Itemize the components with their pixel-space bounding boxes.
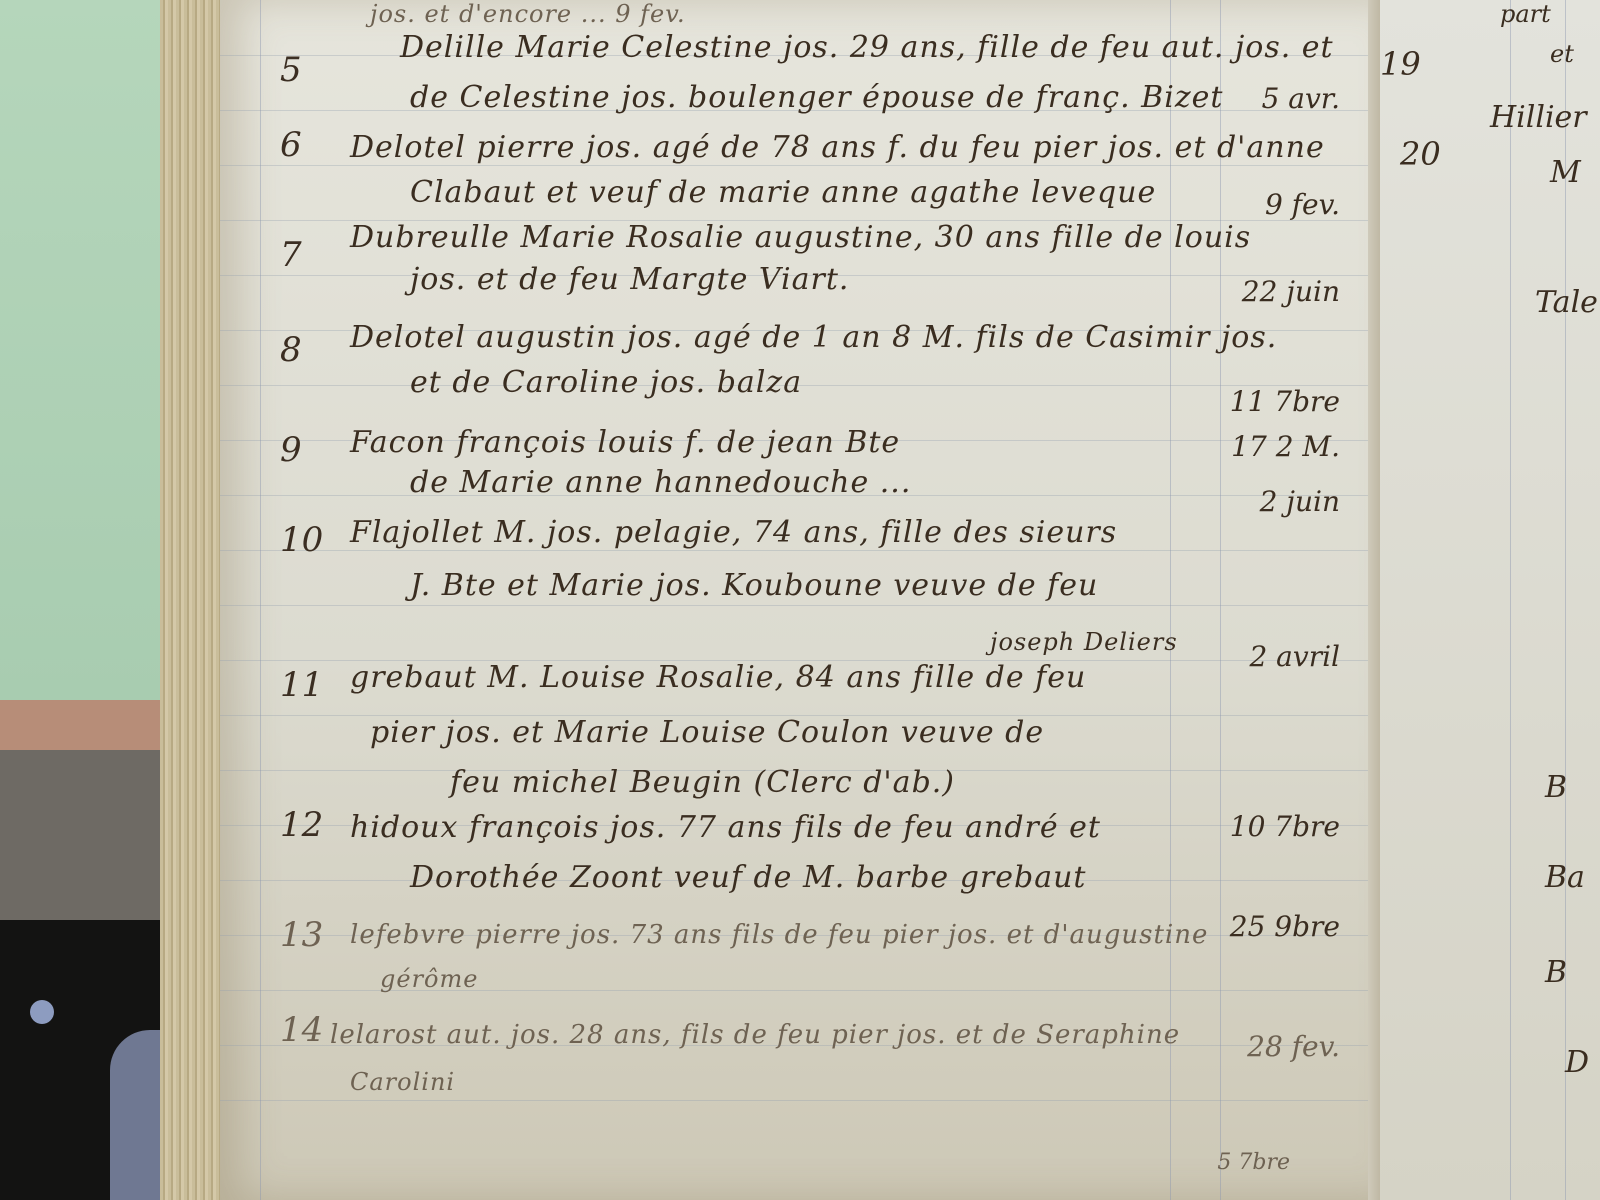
entry-line: lefebvre pierre jos. 73 ans fils de feu …	[350, 920, 1208, 950]
entry-line: grebaut M. Louise Rosalie, 84 ans fille …	[350, 660, 1086, 695]
ruled-line	[220, 165, 1380, 166]
entry-line: de Marie anne hannedouche ...	[410, 465, 911, 500]
entry-date: 17 2 M.	[1231, 430, 1340, 463]
right-fragment: M	[1550, 155, 1581, 190]
entry-number: 14	[280, 1010, 323, 1050]
entry-date: 25 9bre	[1230, 910, 1340, 943]
right-fragment: D	[1565, 1045, 1589, 1080]
entry-line: Dubreulle Marie Rosalie augustine, 30 an…	[350, 220, 1251, 255]
entry-line: gérôme	[380, 965, 478, 993]
background-board	[0, 750, 175, 920]
entry-date: 2 avril	[1249, 640, 1340, 673]
ruled-line	[220, 1100, 1380, 1101]
entry-number: 6	[280, 125, 302, 165]
entry-date: 10 7bre	[1230, 810, 1340, 843]
column-line	[1510, 0, 1511, 1200]
entry-line: pier jos. et Marie Louise Coulon veuve d…	[370, 715, 1044, 750]
entry-number: 8	[280, 330, 302, 370]
header-partial-line: jos. et d'encore ... 9 fev.	[370, 0, 686, 28]
right-entry-number: 19	[1380, 45, 1421, 83]
entry-line: Dorothée Zoont veuf de M. barbe grebaut	[410, 860, 1086, 895]
entry-line: hidoux françois jos. 77 ans fils de feu …	[350, 810, 1101, 845]
entry-line: Delotel augustin jos. agé de 1 an 8 M. f…	[350, 320, 1277, 355]
ruled-line	[220, 550, 1380, 551]
entry-number: 7	[280, 235, 302, 275]
register-page-left: jos. et d'encore ... 9 fev. 5 Delille Ma…	[220, 0, 1380, 1200]
entry-line: J. Bte et Marie jos. Kouboune veuve de f…	[410, 568, 1098, 603]
right-fragment: part	[1500, 0, 1551, 28]
entry-date: 22 juin	[1242, 275, 1340, 308]
right-fragment: B	[1545, 955, 1567, 990]
entry-number: 13	[280, 915, 323, 955]
entry-line: Clabaut et veuf de marie anne agathe lev…	[410, 175, 1156, 210]
right-fragment: Tale	[1535, 285, 1598, 320]
entry-line: Carolini	[350, 1068, 455, 1096]
footer-date: 5 7bre	[1217, 1150, 1290, 1175]
right-fragment: Ba	[1545, 860, 1585, 895]
entry-line: feu michel Beugin (Clerc d'ab.)	[450, 765, 955, 800]
entry-line: joseph Deliers	[990, 628, 1178, 656]
entry-line: de Celestine jos. boulenger épouse de fr…	[410, 80, 1223, 115]
entry-line: jos. et de feu Margte Viart.	[410, 262, 849, 297]
background-light-reflection	[30, 1000, 54, 1024]
column-line	[1220, 0, 1221, 1200]
entry-date: 2 juin	[1260, 485, 1340, 518]
entry-number: 9	[280, 430, 302, 470]
ruled-line	[220, 605, 1380, 606]
entry-line: Delille Marie Celestine jos. 29 ans, fil…	[400, 30, 1334, 65]
background-shelf-edge	[0, 700, 180, 750]
right-fragment: Hillier	[1490, 100, 1587, 135]
entry-number: 11	[280, 665, 323, 705]
entry-line: Facon françois louis f. de jean Bte	[350, 425, 900, 460]
entry-number: 10	[280, 520, 323, 560]
entry-line: Delotel pierre jos. agé de 78 ans f. du …	[350, 130, 1325, 165]
entry-date: 28 fev.	[1247, 1030, 1340, 1063]
right-entry-number: 20	[1400, 135, 1441, 173]
entry-line: Flajollet M. jos. pelagie, 74 ans, fille…	[350, 515, 1117, 550]
entry-line: et de Caroline jos. balza	[410, 365, 802, 400]
entry-number: 12	[280, 805, 323, 845]
entry-date: 11 7bre	[1230, 385, 1340, 418]
entry-line: lelarost aut. jos. 28 ans, fils de feu p…	[330, 1020, 1180, 1050]
entry-date: 9 fev.	[1265, 188, 1340, 221]
right-fragment: B	[1545, 770, 1567, 805]
margin-line	[260, 0, 261, 1200]
right-fragment: et	[1550, 40, 1574, 68]
entry-number: 5	[280, 50, 302, 90]
entry-date: 5 avr.	[1262, 82, 1340, 115]
